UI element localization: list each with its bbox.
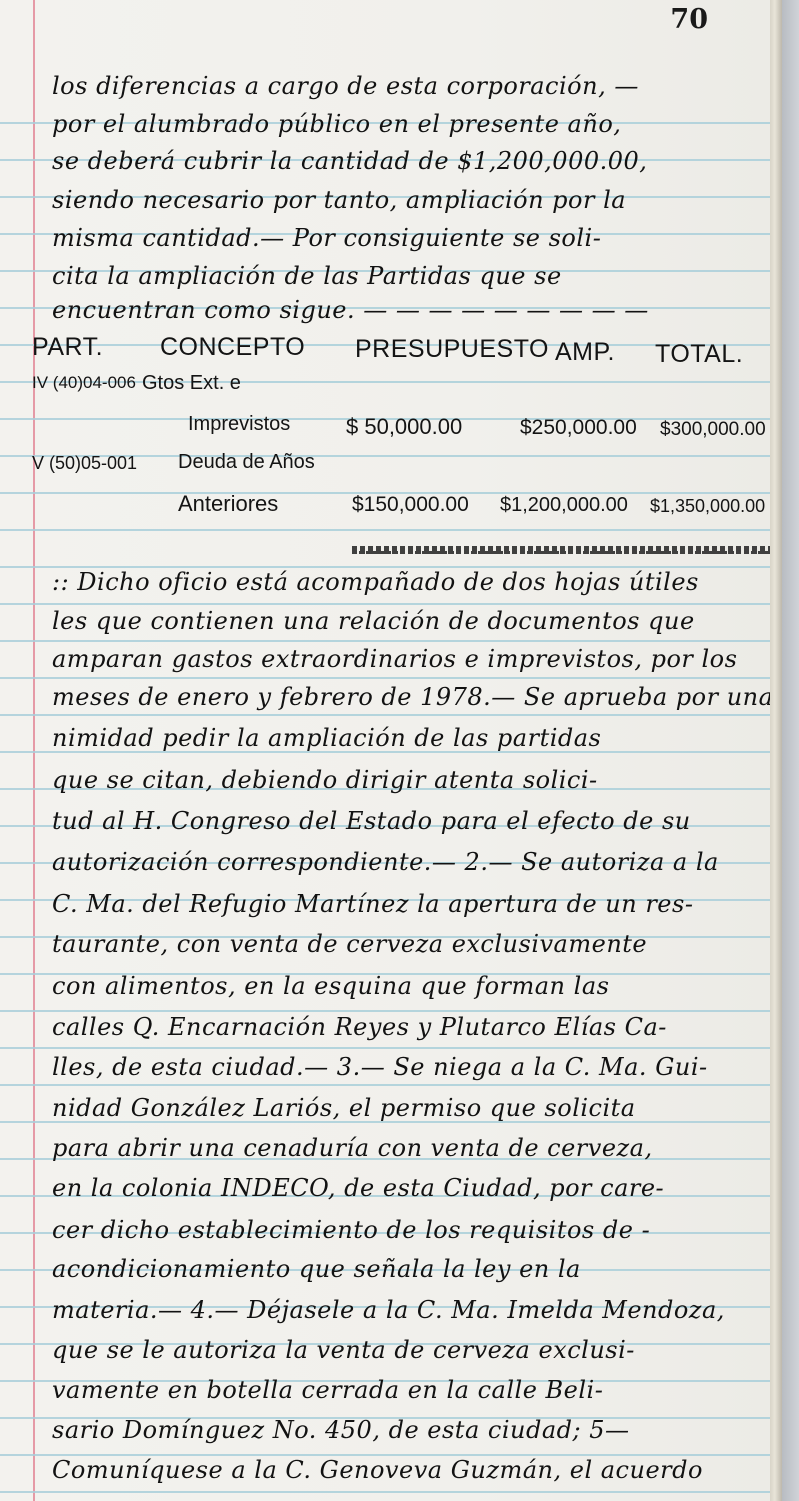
text-line: calles Q. Encarnación Reyes y Plutarco E… xyxy=(52,1013,667,1041)
text-line: en la colonia INDECO, de esta Ciudad, po… xyxy=(52,1174,664,1202)
ruled-line xyxy=(0,1491,770,1493)
text-line: C. Ma. del Refugio Martínez la apertura … xyxy=(52,890,693,918)
header-partida: PART. xyxy=(32,333,103,362)
ruled-line xyxy=(0,714,770,716)
cell-ampliacion: $1,200,000.00 xyxy=(500,494,628,517)
ledger-page: 70 los diferencias a cargo de esta corpo… xyxy=(0,0,770,1501)
text-line: los diferencias a cargo de esta corporac… xyxy=(52,72,639,100)
header-concepto: CONCEPTO xyxy=(160,333,305,362)
cell-total: $300,000.00 xyxy=(660,419,766,441)
header-ampliacion: AMP. xyxy=(555,338,615,367)
text-line: les que contienen una relación de docume… xyxy=(52,607,695,635)
text-line: lles, de esta ciudad.— 3.— Se niega a la… xyxy=(52,1053,708,1081)
cell-total: $1,350,000.00 xyxy=(650,496,765,517)
cell-concepto-line2: Anteriores xyxy=(178,491,278,517)
text-line: cita la ampliación de las Partidas que s… xyxy=(52,262,562,290)
text-line: por el alumbrado público en el presente … xyxy=(52,110,621,138)
cell-partida: IV (40)04-006 xyxy=(32,373,136,393)
page-number: 70 xyxy=(670,4,708,35)
text-line: para abrir una cenaduría con venta de ce… xyxy=(52,1134,653,1162)
ruled-line xyxy=(0,640,770,642)
cell-concepto-line2: Imprevistos xyxy=(188,413,290,436)
text-line: vamente en botella cerrada en la calle B… xyxy=(52,1376,603,1404)
text-line: cer dicho establecimiento de los requisi… xyxy=(52,1216,650,1244)
text-line: misma cantidad.— Por consiguiente se sol… xyxy=(52,224,601,252)
dotted-separator xyxy=(352,546,770,554)
ruled-line xyxy=(0,1084,770,1086)
text-line: que se le autoriza la venta de cerveza e… xyxy=(52,1336,635,1364)
text-line: nimidad pedir la ampliación de las parti… xyxy=(52,724,601,752)
ruled-line xyxy=(0,1010,770,1012)
cell-concepto-line1: Deuda de Años xyxy=(178,451,315,474)
text-line: Comuníquese a la C. Genoveva Guzmán, el … xyxy=(52,1456,703,1484)
text-line: siendo necesario por tanto, ampliación p… xyxy=(52,186,626,214)
page-edge xyxy=(770,0,782,1501)
text-line: sario Domínguez No. 450, de esta ciudad;… xyxy=(52,1416,629,1444)
text-line: se deberá cubrir la cantidad de $1,200,0… xyxy=(52,147,647,175)
header-presupuesto: PRESUPUESTO xyxy=(355,335,549,364)
cell-presupuesto: $150,000.00 xyxy=(352,493,469,517)
ruled-line xyxy=(0,529,770,531)
text-line: que se citan, debiendo dirigir atenta so… xyxy=(52,766,598,794)
text-line: nidad González Lariós, el permiso que so… xyxy=(52,1094,636,1122)
text-line: con alimentos, en la esquina que forman … xyxy=(52,972,609,1000)
text-line: encuentran como sigue. — — — — — — — — — xyxy=(52,296,649,324)
text-line: acondicionamiento que señala la ley en l… xyxy=(52,1255,581,1283)
ruled-line xyxy=(0,677,770,679)
cell-presupuesto: $ 50,000.00 xyxy=(346,414,462,440)
text-line: meses de enero y febrero de 1978.— Se ap… xyxy=(52,683,770,711)
text-line: amparan gastos extraordinarios e imprevi… xyxy=(52,645,737,673)
cell-partida: V (50)05-001 xyxy=(32,453,137,474)
ruled-line xyxy=(0,603,770,605)
header-total: TOTAL. xyxy=(655,340,743,369)
cell-ampliacion: $250,000.00 xyxy=(520,416,637,440)
text-line: autorización correspondiente.— 2.— Se au… xyxy=(52,848,719,876)
text-line: materia.— 4.— Déjasele a la C. Ma. Imeld… xyxy=(52,1296,725,1324)
text-line: taurante, con venta de cerveza exclusiva… xyxy=(52,930,647,958)
text-line: :: Dicho oficio está acompañado de dos h… xyxy=(52,568,699,596)
cell-concepto-line1: Gtos Ext. e xyxy=(142,372,241,395)
text-line: tud al H. Congreso del Estado para el ef… xyxy=(52,807,691,835)
ruled-line xyxy=(0,1047,770,1049)
background-edge xyxy=(782,0,799,1501)
